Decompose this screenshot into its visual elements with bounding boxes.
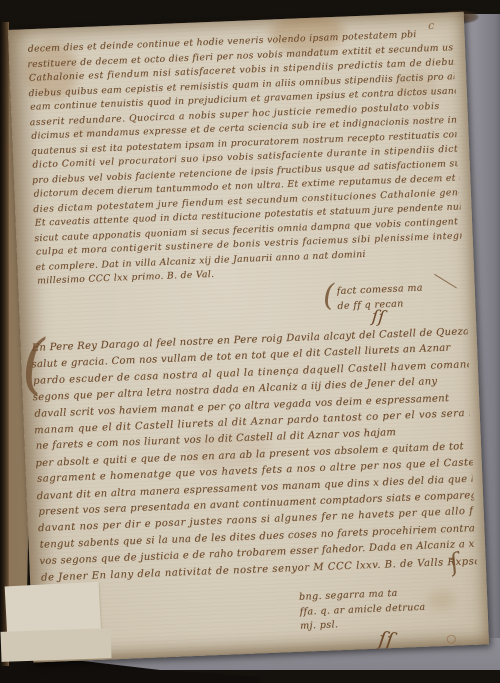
chancery-flourish: ſſ [371,307,386,328]
marginal-chancery-note: fact comessa ma de ff q recan [336,281,447,314]
ring-stain-mark [447,635,456,644]
latin-entry: decem dies et deinde continue et hodie v… [27,26,463,289]
manuscript-photo: c decem dies et deinde continue et hodie… [0,0,500,683]
book-spine-edge [0,22,9,666]
parchment-under-sheet [1,628,112,662]
marginal-note-bracket: ( [322,281,335,311]
catalan-entry: En Pere Rey Darago al feel nostre en Per… [31,324,477,587]
parchment-page: c decem dies et deinde continue et hodie… [8,12,489,663]
